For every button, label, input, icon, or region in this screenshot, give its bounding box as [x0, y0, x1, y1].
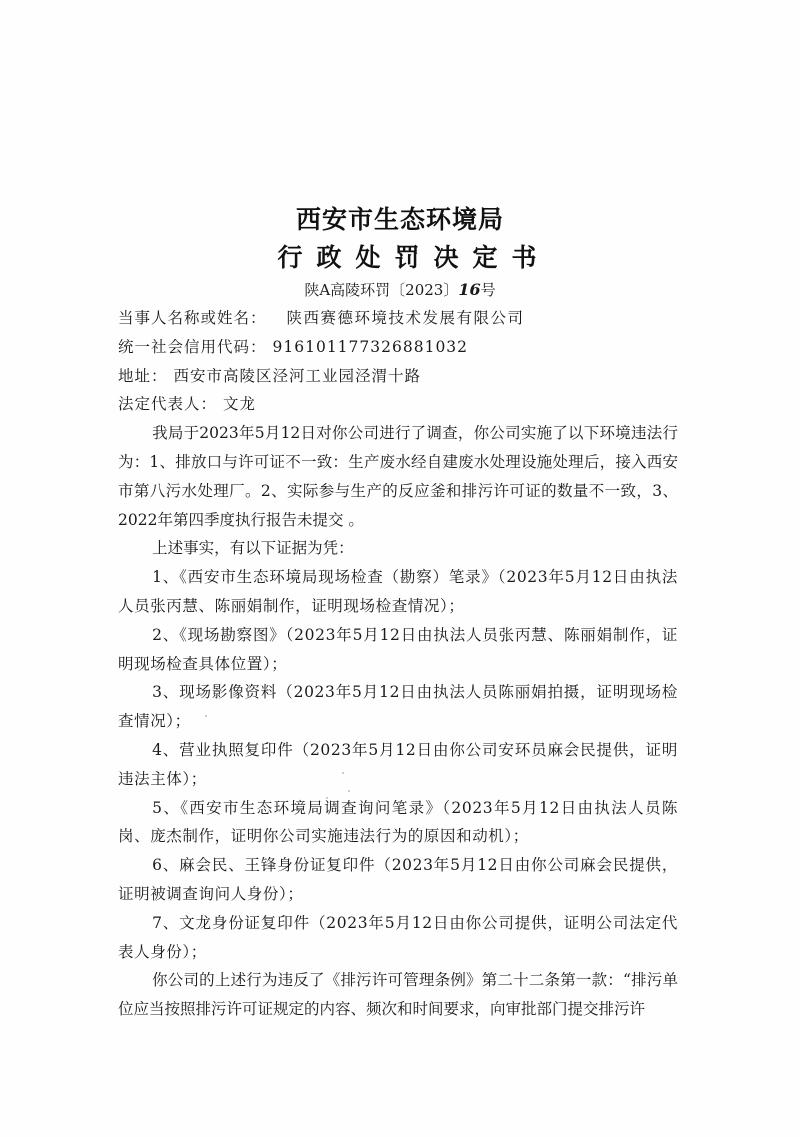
address-value: 西安市高陵区泾河工业园泾渭十路: [174, 367, 422, 385]
doc-number-handwritten: 16: [458, 280, 480, 299]
legal-rep-label: 法定代表人：: [118, 395, 217, 413]
credit-code-value: 916101177326881032: [273, 338, 469, 356]
party-name-value: 陕西赛德环境技术发展有限公司: [287, 309, 525, 327]
evidence-item-7: 7、文龙身份证复印件（2023年5月12日由你公司提供，证明公司法定代表人身份）…: [118, 909, 678, 967]
address-label: 地址：: [118, 367, 168, 385]
doc-number-prefix: 陕A高陵环罚〔2023〕: [304, 281, 458, 299]
issuer-title: 西安市生态环境局: [0, 200, 800, 236]
document-number: 陕A高陵环罚〔2023〕16号: [0, 279, 800, 300]
scan-speck: [348, 790, 350, 792]
evidence-item-6: 6、麻会民、王锋身份证复印件（2023年5月12日由你公司麻会民提供，证明被调查…: [118, 851, 678, 909]
scan-speck: [326, 797, 328, 799]
party-name-label: 当事人名称或姓名：: [118, 309, 267, 327]
party-name-field: 当事人名称或姓名：陕西赛德环境技术发展有限公司: [118, 304, 678, 333]
credit-code-label: 统一社会信用代码：: [118, 338, 267, 356]
credit-code-field: 统一社会信用代码：916101177326881032: [118, 333, 678, 362]
address-field: 地址：西安市高陵区泾河工业园泾渭十路: [118, 362, 678, 391]
evidence-item-4: 4、营业执照复印件（2023年5月12日由你公司安环员麻会民提供，证明违法主体）…: [118, 736, 678, 794]
legal-representative-field: 法定代表人：文龙: [118, 390, 678, 419]
scan-speck: [205, 715, 207, 717]
evidence-item-3: 3、现场影像资料（2023年5月12日由执法人员陈丽娟拍摄，证明现场检查情况）；: [118, 678, 678, 736]
scanned-document-page: 西安市生态环境局 行政处罚决定书 陕A高陵环罚〔2023〕16号 当事人名称或姓…: [0, 0, 800, 1137]
violation-paragraph: 你公司的上述行为违反了《排污许可管理条例》第二十二条第一款：“排污单位应当按照排…: [118, 966, 678, 1024]
document-body: 当事人名称或姓名：陕西赛德环境技术发展有限公司 统一社会信用代码：9161011…: [118, 304, 678, 1024]
evidence-intro: 上述事实，有以下证据为凭：: [118, 534, 678, 563]
facts-paragraph: 我局于2023年5月12日对你公司进行了调查，你公司实施了以下环境违法行为：1、…: [118, 419, 678, 534]
legal-rep-value: 文龙: [223, 395, 256, 413]
evidence-item-2: 2、《现场勘察图》（2023年5月12日由执法人员张丙慧、陈丽娟制作，证明现场检…: [118, 621, 678, 679]
doc-number-suffix: 号: [481, 281, 496, 299]
scan-speck: [342, 772, 344, 774]
evidence-item-5: 5、《西安市生态环境局调查询问笔录》（2023年5月12日由执法人员陈岗、庞杰制…: [118, 794, 678, 852]
document-type-title: 行政处罚决定书: [0, 238, 800, 274]
evidence-item-1: 1、《西安市生态环境局现场检查（勘察）笔录》（2023年5月12日由执法人员张丙…: [118, 563, 678, 621]
